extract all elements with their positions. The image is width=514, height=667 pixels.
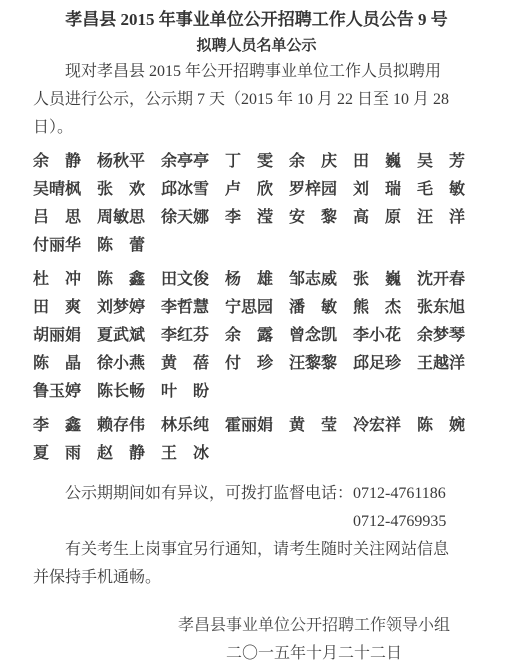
notice-paragraph: 有关考生上岗事宜另行通知，请考生随时关注网站信息 并保持手机通畅。: [33, 536, 480, 592]
name-group: 余 静 杨秋平 余亭亭 丁 雯 余 庆 田 巍 吴 芳吴晴枫 张 欢 邱冰雪 卢…: [33, 148, 480, 260]
name-row: 田 爽 刘梦婷 李哲慧 宁思园 潘 敏 熊 杰 张东旭: [33, 294, 480, 322]
announcement-document: 孝昌县 2015 年事业单位公开招聘工作人员公告 9 号 拟聘人员名单公示 现对…: [0, 8, 514, 667]
name-row: 胡丽娟 夏武斌 李红芬 余 露 曾念凯 李小花 余梦琴: [33, 322, 480, 350]
hotline-line: 公示期期间如有异议，可拨打监督电话：0712-4761186: [33, 480, 480, 508]
notice-line-1: 有关考生上岗事宜另行通知，请考生随时关注网站信息: [33, 536, 480, 564]
name-list-section: 余 静 杨秋平 余亭亭 丁 雯 余 庆 田 巍 吴 芳吴晴枫 张 欢 邱冰雪 卢…: [33, 148, 480, 468]
name-row: 吕 思 周敏思 徐天娜 李 滢 安 黎 高 原 汪 洋: [33, 204, 480, 232]
section-subtitle: 拟聘人员名单公示: [33, 34, 480, 58]
name-row: 付丽华 陈 蕾: [33, 232, 480, 260]
intro-line-3: 日）。: [33, 114, 480, 142]
intro-line-2: 人员进行公示，公示期 7 天（2015 年 10 月 22 日至 10 月 28: [33, 86, 480, 114]
issuing-organization: 孝昌县事业单位公开招聘工作领导小组: [178, 612, 450, 640]
hotline-phone-2: 0712-4769935: [33, 508, 480, 536]
name-group: 李 鑫 赖存伟 林乐纯 霍丽娟 黄 莹 冷宏祥 陈 婉夏 雨 赵 静 王 冰: [33, 412, 480, 468]
name-row: 鲁玉婷 陈长畅 叶 盼: [33, 378, 480, 406]
notice-line-2: 并保持手机通畅。: [33, 564, 480, 592]
name-group: 杜 冲 陈 鑫 田文俊 杨 雄 邹志威 张 巍 沈开春田 爽 刘梦婷 李哲慧 宁…: [33, 266, 480, 406]
name-row: 陈 晶 徐小燕 黄 蓓 付 珍 汪黎黎 邱足珍 王越洋: [33, 350, 480, 378]
name-row: 李 鑫 赖存伟 林乐纯 霍丽娟 黄 莹 冷宏祥 陈 婉: [33, 412, 480, 440]
name-row: 吴晴枫 张 欢 邱冰雪 卢 欣 罗梓园 刘 瑞 毛 敏: [33, 176, 480, 204]
name-row: 余 静 杨秋平 余亭亭 丁 雯 余 庆 田 巍 吴 芳: [33, 148, 480, 176]
page-title: 孝昌县 2015 年事业单位公开招聘工作人员公告 9 号: [33, 8, 480, 32]
name-row: 夏 雨 赵 静 王 冰: [33, 440, 480, 468]
signature-block: 孝昌县事业单位公开招聘工作领导小组 二〇一五年十月二十二日: [178, 612, 450, 667]
intro-line-1: 现对孝昌县 2015 年公开招聘事业单位工作人员拟聘用: [33, 58, 480, 86]
hotline-paragraph: 公示期期间如有异议，可拨打监督电话：0712-4761186: [33, 480, 480, 508]
issue-date: 二〇一五年十月二十二日: [178, 640, 450, 667]
name-row: 杜 冲 陈 鑫 田文俊 杨 雄 邹志威 张 巍 沈开春: [33, 266, 480, 294]
intro-paragraph: 现对孝昌县 2015 年公开招聘事业单位工作人员拟聘用 人员进行公示，公示期 7…: [33, 58, 480, 142]
